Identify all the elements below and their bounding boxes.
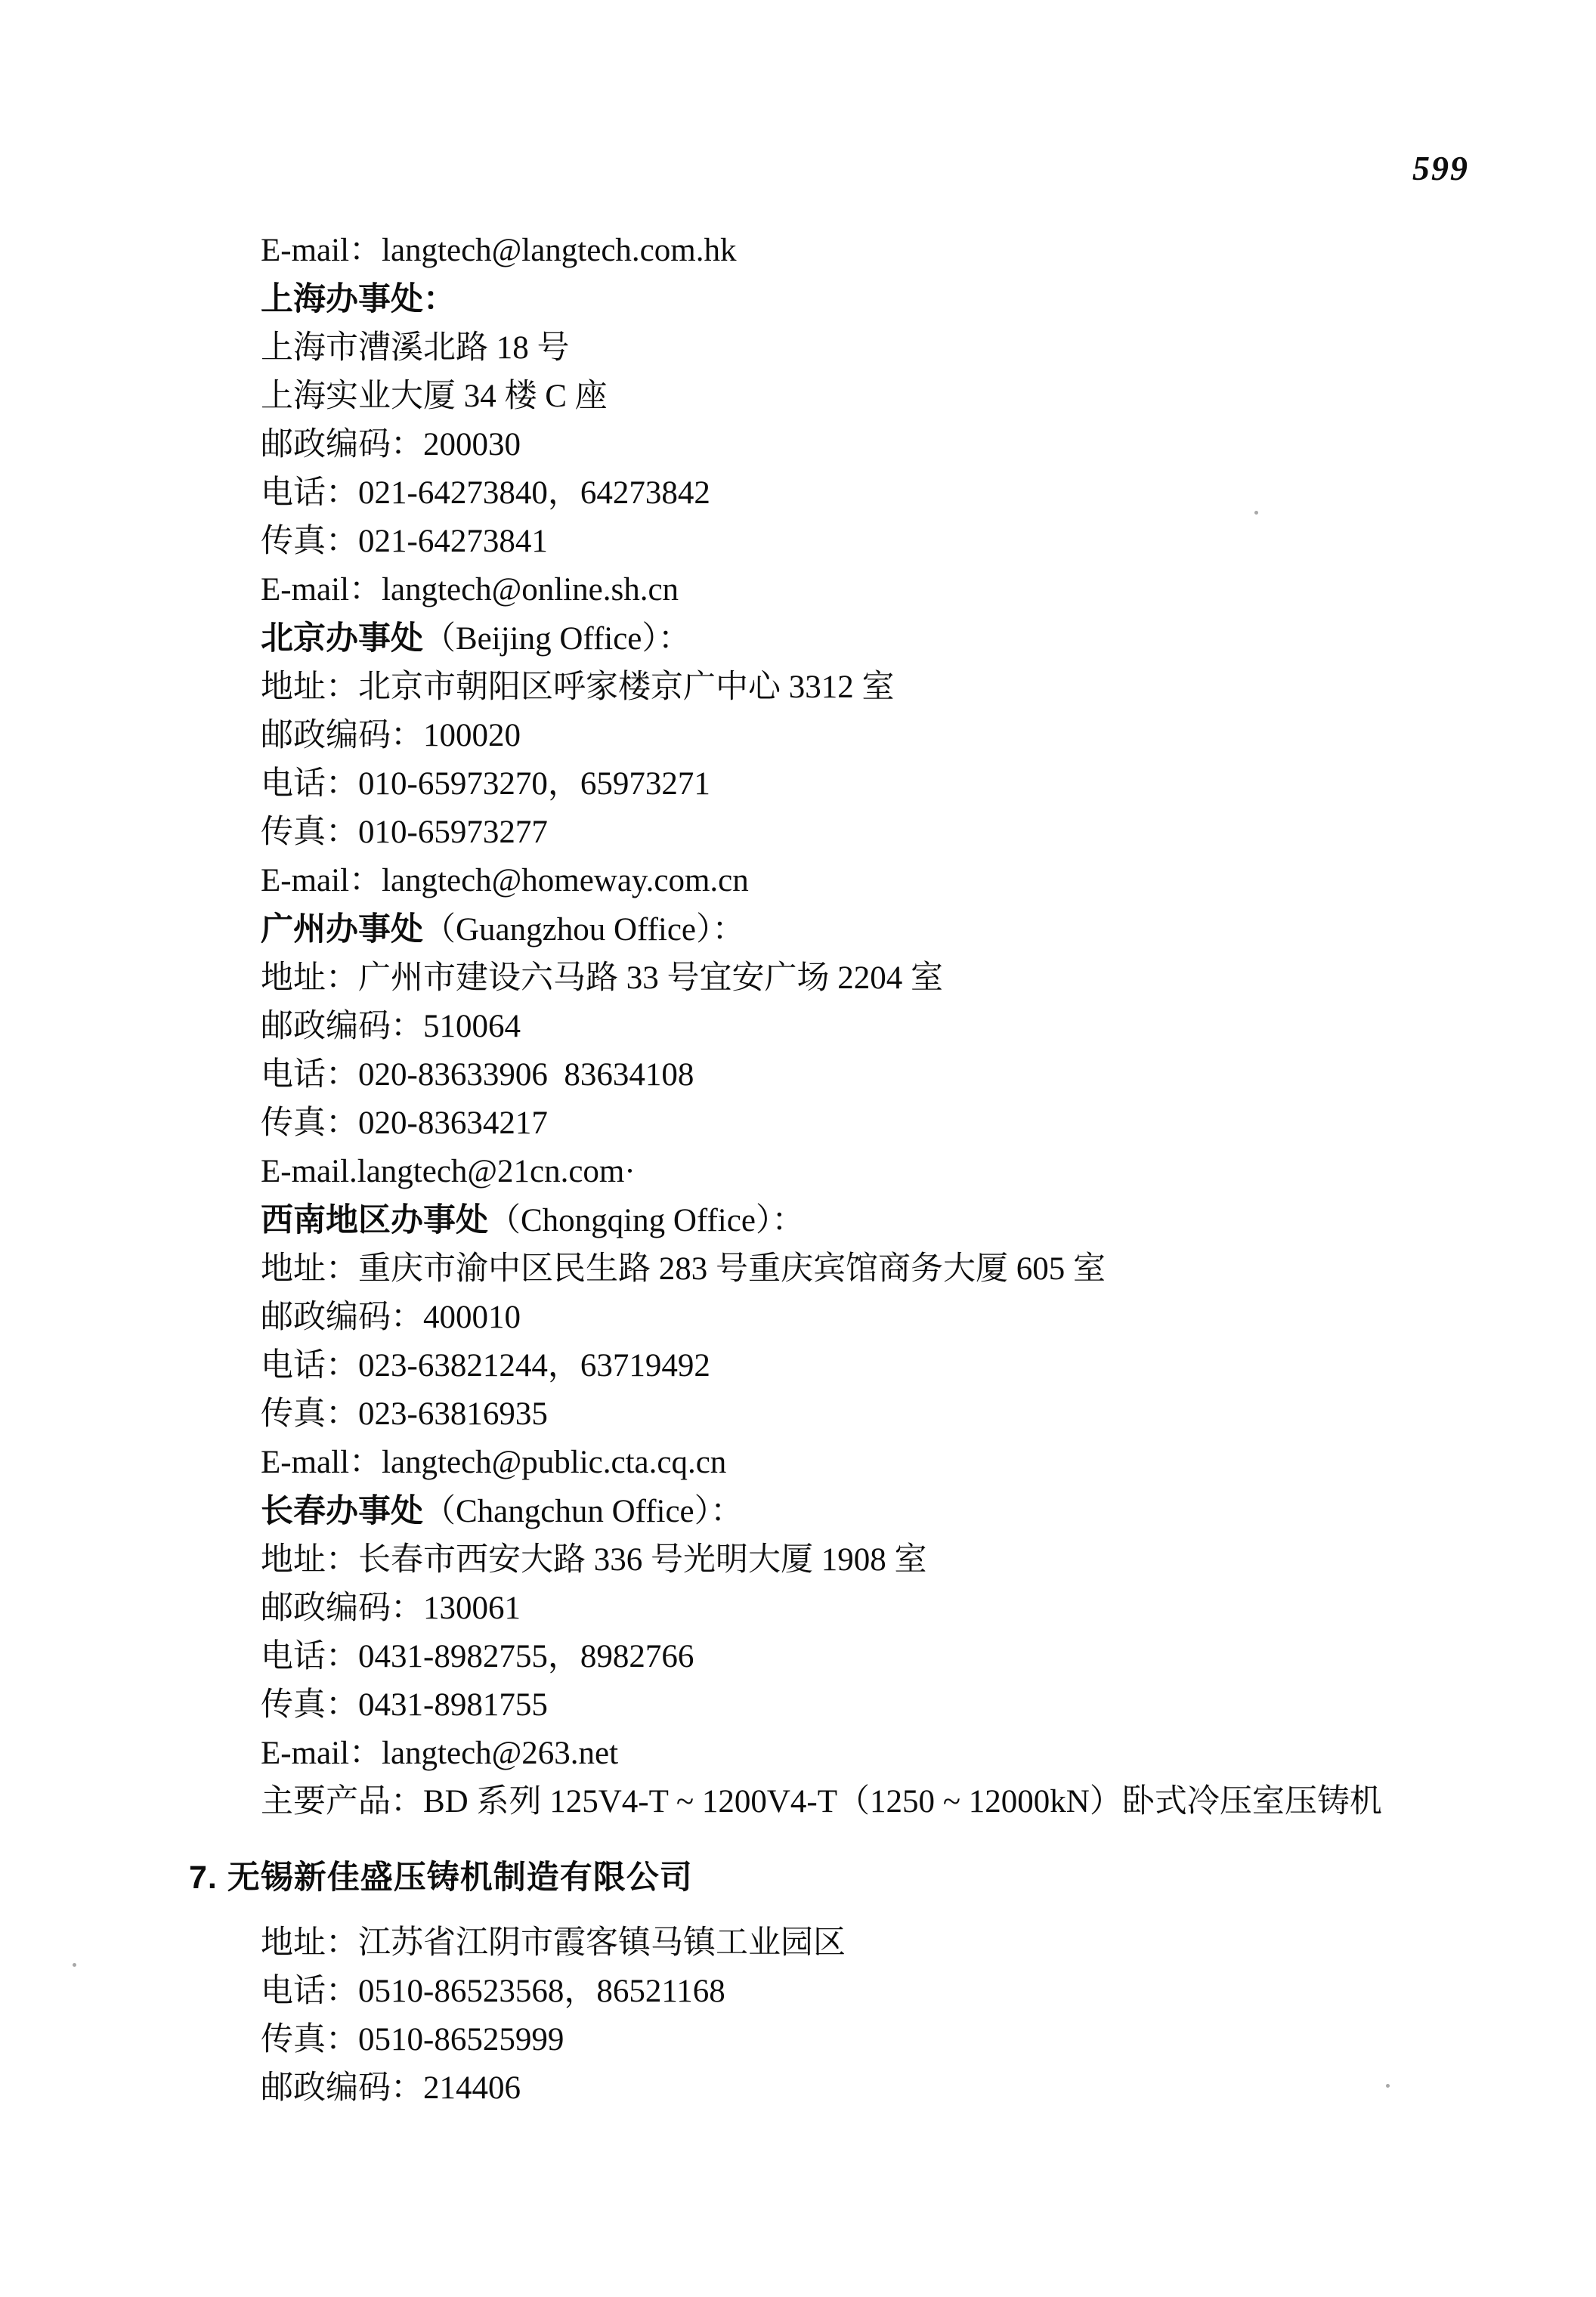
text-segment: 上海实业大厦 34 楼 C 座 <box>261 379 608 414</box>
text-segment: 电话：023-63821244，63719492 <box>261 1348 710 1383</box>
scanned-page: 599 E-mail：langtech@langtech.com.hk上海办事处… <box>0 0 1596 2297</box>
text-segment: E-mail：langtech@homeway.com.cn <box>261 863 749 898</box>
email-line: E-mail：langtech@online.sh.cn <box>261 566 1483 614</box>
email-line: E-mall：langtech@public.cta.cq.cn <box>261 1439 1483 1487</box>
phone-line: 电话：0510-86523568，86521168 <box>261 1968 1483 2016</box>
address-line: 地址：长春市西安大路 336 号光明大厦 1908 室 <box>261 1536 1483 1584</box>
address-line: 地址：广州市建设六马路 33 号宜安广场 2204 室 <box>261 954 1483 1003</box>
address-line: 上海市漕溪北路 18 号 <box>261 324 1483 373</box>
fax-line: 传真：010-65973277 <box>261 808 1483 857</box>
text-segment: （Beijing Office）： <box>423 621 691 657</box>
phone-line: 电话：020-83633906 83634108 <box>261 1051 1483 1099</box>
address-line: 上海实业大厦 34 楼 C 座 <box>261 373 1483 421</box>
postcode-line: 邮政编码：200030 <box>261 421 1483 469</box>
text-segment: 地址：长春市西安大路 336 号光明大厦 1908 室 <box>261 1542 927 1578</box>
office-title-line: 广州办事处（Guangzhou Office）： <box>261 905 1483 954</box>
scan-artifact <box>1254 511 1258 515</box>
phone-line: 电话：023-63821244，63719492 <box>261 1342 1483 1390</box>
text-segment: 邮政编码：400010 <box>261 1300 521 1335</box>
bold-text-segment: 长春办事处 <box>261 1493 423 1529</box>
text-segment: E-mall：langtech@public.cta.cq.cn <box>261 1445 726 1480</box>
text-segment: 电话：021-64273840，64273842 <box>261 475 710 511</box>
text-segment: 邮政编码：214406 <box>261 2070 521 2106</box>
text-segment: 电话：010-65973270，65973271 <box>261 766 710 802</box>
fax-line: 传真：020-83634217 <box>261 1099 1483 1148</box>
postcode-line: 邮政编码：400010 <box>261 1294 1483 1342</box>
bold-text-segment: 广州办事处 <box>261 911 423 948</box>
bold-text-segment: 上海办事处： <box>261 281 456 317</box>
text-segment: 邮政编码：510064 <box>261 1009 521 1044</box>
postcode-line: 邮政编码：130061 <box>261 1584 1483 1633</box>
email-line: E-mail：langtech@langtech.com.hk <box>261 227 1483 275</box>
text-segment: 传真：023-63816935 <box>261 1396 548 1432</box>
text-segment: 传真：020-83634217 <box>261 1105 548 1141</box>
text-segment: E-mail：langtech@online.sh.cn <box>261 572 679 607</box>
postcode-line: 邮政编码：100020 <box>261 712 1483 760</box>
bold-text-segment: 7. 无锡新佳盛压铸机制造有限公司 <box>189 1860 693 1896</box>
fax-line: 传真：023-63816935 <box>261 1390 1483 1439</box>
email-line: E-mail.langtech@21cn.com· <box>261 1148 1483 1196</box>
fax-line: 传真：0431-8981755 <box>261 1681 1483 1730</box>
office-title-line: 北京办事处（Beijing Office）： <box>261 614 1483 663</box>
text-segment: 地址：北京市朝阳区呼家楼京广中心 3312 室 <box>261 669 895 705</box>
section-7-heading: 7. 无锡新佳盛压铸机制造有限公司 <box>189 1853 1483 1903</box>
text-segment: （Changchun Office）： <box>423 1494 743 1529</box>
text-segment: 邮政编码：130061 <box>261 1591 521 1626</box>
text-segment: 传真：021-64273841 <box>261 524 548 559</box>
email-line: E-mail：langtech@263.net <box>261 1730 1483 1778</box>
postcode-line: 邮政编码：214406 <box>261 2064 1483 2113</box>
text-segment: 电话：0431-8982755，8982766 <box>261 1639 694 1674</box>
office-title-line: 上海办事处： <box>261 275 1483 324</box>
text-segment: 地址：广州市建设六马路 33 号宜安广场 2204 室 <box>261 960 943 996</box>
text-segment: 传真：0431-8981755 <box>261 1687 548 1723</box>
text-segment: 地址：重庆市渝中区民生路 283 号重庆宾馆商务大厦 605 室 <box>261 1251 1106 1287</box>
email-line: E-mail：langtech@homeway.com.cn <box>261 857 1483 905</box>
text-segment: 邮政编码：100020 <box>261 718 521 753</box>
phone-line: 电话：0431-8982755，8982766 <box>261 1633 1483 1681</box>
office-title-line: 长春办事处（Changchun Office）： <box>261 1487 1483 1536</box>
text-segment: 邮政编码：200030 <box>261 427 521 462</box>
text-segment: 电话：020-83633906 83634108 <box>261 1057 694 1093</box>
text-segment: E-mail.langtech@21cn.com· <box>261 1154 636 1189</box>
postcode-line: 邮政编码：510064 <box>261 1003 1483 1051</box>
phone-line: 电话：021-64273840，64273842 <box>261 469 1483 518</box>
text-segment: 传真：010-65973277 <box>261 815 548 850</box>
page-body: E-mail：langtech@langtech.com.hk上海办事处：上海市… <box>261 227 1483 2113</box>
products-line: 主要产品：BD 系列 125V4-T ~ 1200V4-T（1250 ~ 120… <box>261 1778 1483 1826</box>
scan-artifact <box>73 1963 76 1967</box>
address-line: 地址：北京市朝阳区呼家楼京广中心 3312 室 <box>261 663 1483 712</box>
address-line: 地址：重庆市渝中区民生路 283 号重庆宾馆商务大厦 605 室 <box>261 1245 1483 1294</box>
address-line: 地址：江苏省江阴市霞客镇马镇工业园区 <box>261 1919 1483 1968</box>
fax-line: 传真：0510-86525999 <box>261 2016 1483 2064</box>
text-segment: 传真：0510-86525999 <box>261 2022 564 2057</box>
phone-line: 电话：010-65973270，65973271 <box>261 760 1483 808</box>
text-segment: E-mail：langtech@langtech.com.hk <box>261 233 736 268</box>
text-segment: （Chongqing Office）： <box>488 1203 804 1238</box>
page-number: 599 <box>1412 148 1469 188</box>
bold-text-segment: 北京办事处 <box>261 620 423 657</box>
text-segment: E-mail：langtech@263.net <box>261 1736 618 1771</box>
text-segment: 主要产品：BD 系列 125V4-T ~ 1200V4-T（1250 ~ 120… <box>261 1784 1382 1819</box>
text-segment: 地址：江苏省江阴市霞客镇马镇工业园区 <box>261 1925 846 1961</box>
text-segment: （Guangzhou Office）： <box>423 912 745 948</box>
text-segment: 电话：0510-86523568，86521168 <box>261 1974 725 2009</box>
office-title-line: 西南地区办事处（Chongqing Office）： <box>261 1196 1483 1245</box>
bold-text-segment: 西南地区办事处 <box>261 1202 488 1238</box>
fax-line: 传真：021-64273841 <box>261 518 1483 566</box>
text-segment: 上海市漕溪北路 18 号 <box>261 330 570 366</box>
scan-artifact <box>1386 2084 1390 2088</box>
